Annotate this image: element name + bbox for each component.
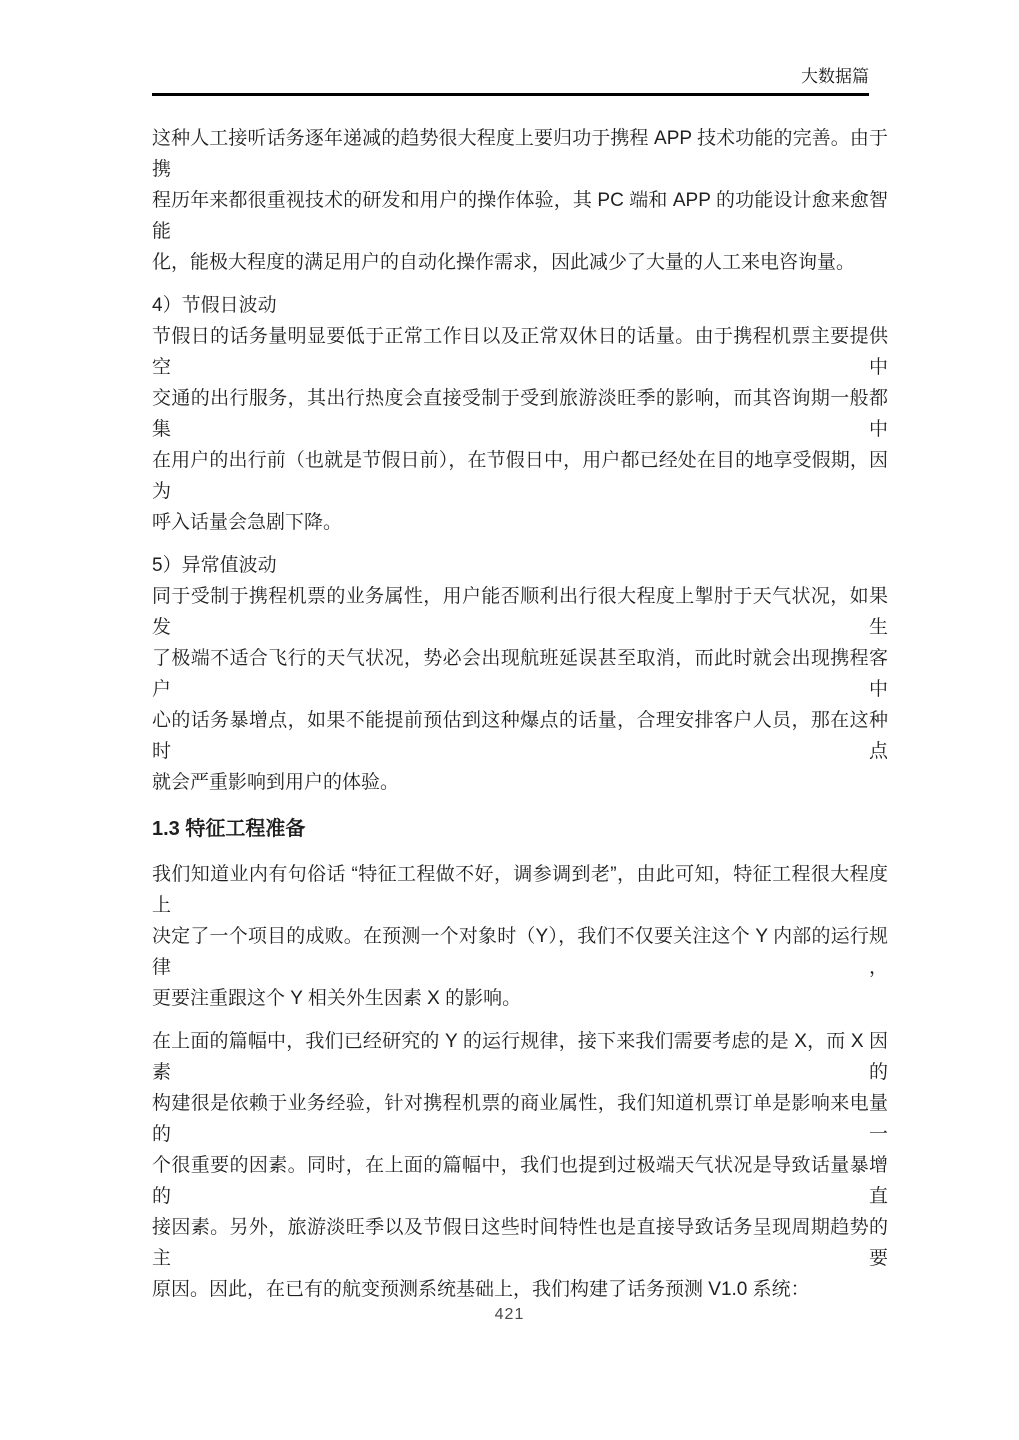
text-line: 节假日的话务量明显要低于正常工作日以及正常双休日的话量。由于携程机票主要提供空中 xyxy=(152,321,888,383)
paragraph: 节假日的话务量明显要低于正常工作日以及正常双休日的话量。由于携程机票主要提供空中… xyxy=(152,321,888,538)
list-item-label: 4）节假日波动 xyxy=(152,290,888,321)
text-line: 这种人工接听话务逐年递减的趋势很大程度上要归功于携程 APP 技术功能的完善。由… xyxy=(152,123,888,185)
paragraph: 这种人工接听话务逐年递减的趋势很大程度上要归功于携程 APP 技术功能的完善。由… xyxy=(152,123,888,278)
page-number: 421 xyxy=(495,1306,525,1323)
text-line: 我们知道业内有句俗话 “特征工程做不好，调参调到老”，由此可知，特征工程很大程度… xyxy=(152,859,888,921)
document-body: 这种人工接听话务逐年递减的趋势很大程度上要归功于携程 APP 技术功能的完善。由… xyxy=(152,123,888,1305)
text-line: 构建很是依赖于业务经验，针对携程机票的商业属性，我们知道机票订单是影响来电量的一 xyxy=(152,1088,888,1150)
text-line: 原因。因此，在已有的航变预测系统基础上，我们构建了话务预测 V1.0 系统： xyxy=(152,1274,888,1305)
text-line: 程历年来都很重视技术的研发和用户的操作体验，其 PC 端和 APP 的功能设计愈… xyxy=(152,185,888,247)
page-header: 大数据篇 xyxy=(152,66,869,96)
text-line: 了极端不适合飞行的天气状况，势必会出现航班延误甚至取消，而此时就会出现携程客户中 xyxy=(152,643,888,705)
text-line: 心的话务暴增点，如果不能提前预估到这种爆点的话量，合理安排客户人员，那在这种时点 xyxy=(152,705,888,767)
document-page: 大数据篇 这种人工接听话务逐年递减的趋势很大程度上要归功于携程 APP 技术功能… xyxy=(0,0,1019,1440)
text-line: 在用户的出行前（也就是节假日前），在节假日中，用户都已经处在目的地享受假期，因为 xyxy=(152,445,888,507)
text-line: 交通的出行服务，其出行热度会直接受制于受到旅游淡旺季的影响，而其咨询期一般都集中 xyxy=(152,383,888,445)
paragraph: 同于受制于携程机票的业务属性，用户能否顺利出行很大程度上掣肘于天气状况，如果发生… xyxy=(152,581,888,798)
header-section-title: 大数据篇 xyxy=(152,66,869,88)
paragraph: 在上面的篇幅中，我们已经研究的 Y 的运行规律，接下来我们需要考虑的是 X，而 … xyxy=(152,1026,888,1305)
page-footer: 421 xyxy=(0,1306,1019,1324)
text-line: 决定了一个项目的成败。在预测一个对象时（Y），我们不仅要关注这个 Y 内部的运行… xyxy=(152,921,888,983)
text-line: 个很重要的因素。同时，在上面的篇幅中，我们也提到过极端天气状况是导致话量暴增的直 xyxy=(152,1150,888,1212)
section-heading: 1.3 特征工程准备 xyxy=(152,814,888,845)
text-line: 更要注重跟这个 Y 相关外生因素 X 的影响。 xyxy=(152,983,888,1014)
paragraph: 我们知道业内有句俗话 “特征工程做不好，调参调到老”，由此可知，特征工程很大程度… xyxy=(152,859,888,1014)
text-line: 接因素。另外，旅游淡旺季以及节假日这些时间特性也是直接导致话务呈现周期趋势的主要 xyxy=(152,1212,888,1274)
text-line: 呼入话量会急剧下降。 xyxy=(152,507,888,538)
text-line: 化，能极大程度的满足用户的自动化操作需求，因此减少了大量的人工来电咨询量。 xyxy=(152,247,888,278)
text-line: 就会严重影响到用户的体验。 xyxy=(152,767,888,798)
text-line: 同于受制于携程机票的业务属性，用户能否顺利出行很大程度上掣肘于天气状况，如果发生 xyxy=(152,581,888,643)
text-line: 在上面的篇幅中，我们已经研究的 Y 的运行规律，接下来我们需要考虑的是 X，而 … xyxy=(152,1026,888,1088)
list-item-label: 5）异常值波动 xyxy=(152,550,888,581)
